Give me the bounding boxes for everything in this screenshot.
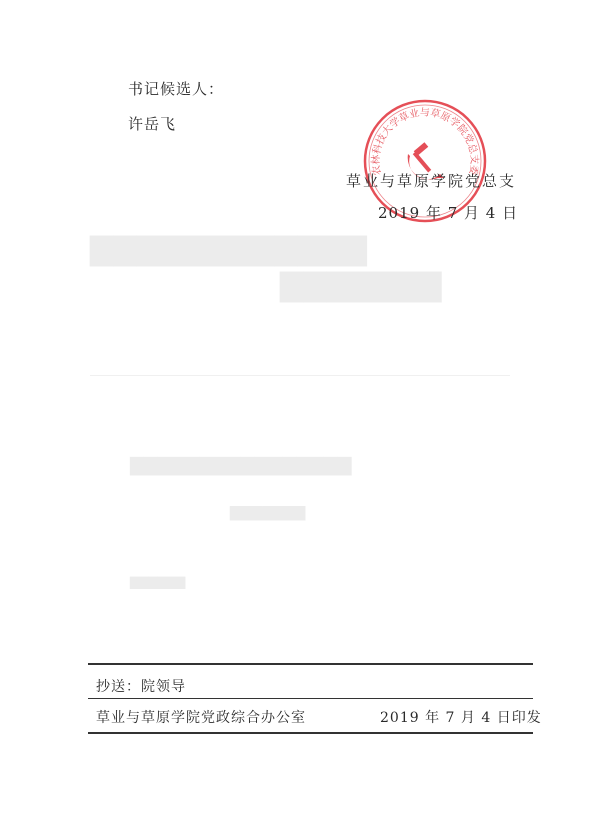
svg-text:农林科技大学草业与草原学院党总支委员会: 农林科技大学草业与草原学院党总支委员会 xyxy=(362,98,481,177)
show-through-subtitle: ▇▇▇▇▇▇▇ xyxy=(230,505,305,521)
issue-date: 2019 年 7 月 4 日 xyxy=(378,202,518,223)
issuing-office: 草业与草原学院党政综合办公室 xyxy=(96,707,306,727)
cc-label: 抄送： xyxy=(96,679,141,695)
candidate-name: 许岳飞 xyxy=(128,113,176,134)
candidate-label: 书记候选人： xyxy=(128,78,224,99)
cc-row: 抄送：院领导 xyxy=(96,676,186,696)
show-through-header: ▇▇▇▇▇▇▇▇▇▇▇▇ xyxy=(90,232,367,267)
show-through-title: ▇▇▇▇▇▇▇▇▇▇▇▇▇▇▇▇ xyxy=(130,455,351,476)
footer-rule-top xyxy=(88,663,533,665)
show-through-rule xyxy=(90,375,510,376)
show-through-body: ▇▇▇▇▇▇ xyxy=(130,575,185,589)
issuer-name: 草业与草原学院党总支 xyxy=(346,170,516,191)
footer-rule-middle xyxy=(88,698,533,699)
show-through-header-2: ▇▇▇▇▇▇▇ xyxy=(280,268,442,303)
cc-value: 院领导 xyxy=(141,679,186,695)
print-date: 2019 年 7 月 4 日印发 xyxy=(380,707,542,727)
footer-rule-bottom xyxy=(88,732,533,734)
